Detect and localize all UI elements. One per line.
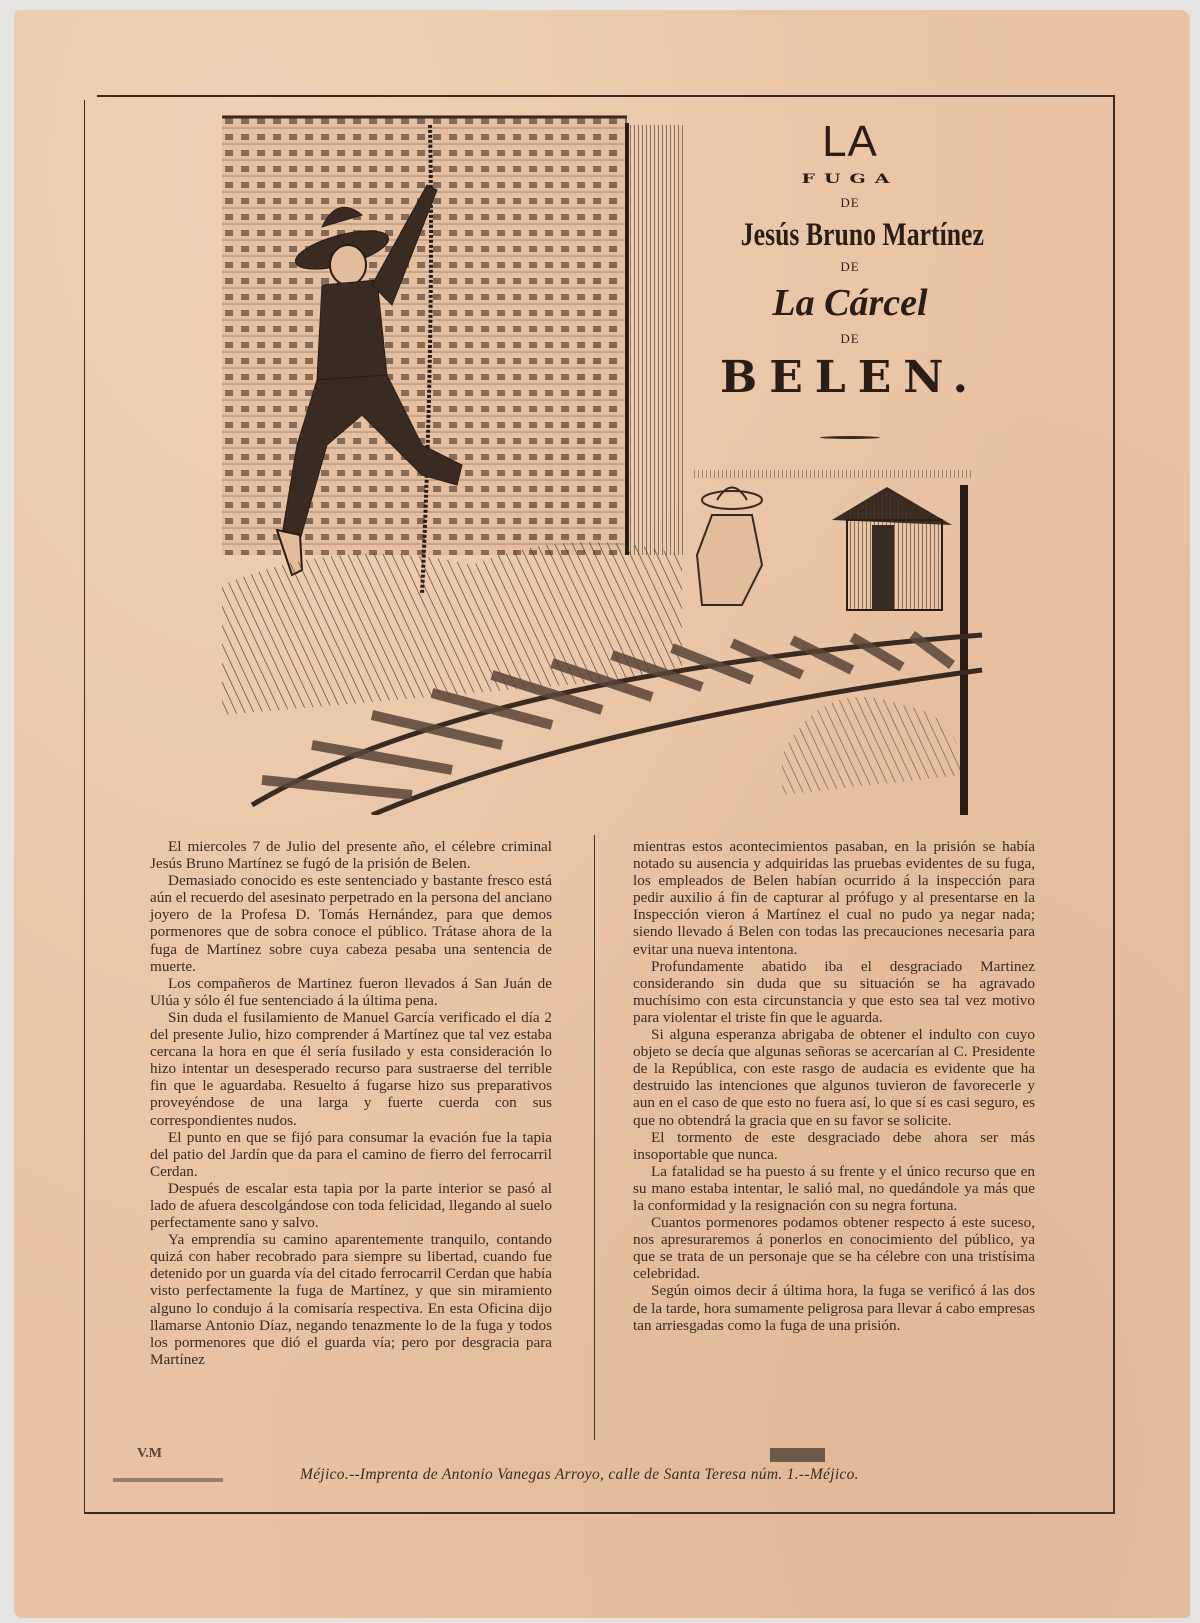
printer-imprint: Méjico.--Imprenta de Antonio Vanegas Arr… xyxy=(300,1466,859,1484)
title-de-1: DE xyxy=(710,192,990,214)
paragraph: Según oimos decir á última hora, la fuga… xyxy=(633,1282,1035,1333)
title-carcel: La Cárcel xyxy=(710,278,990,328)
title-name: Jesús Bruno Martínez xyxy=(741,214,959,256)
paragraph: Después de escalar esta tapia por la par… xyxy=(150,1180,552,1231)
column-divider xyxy=(594,835,595,1440)
guard-figure xyxy=(697,488,762,606)
border-rule-bottom xyxy=(84,1512,1115,1514)
paragraph: El tormento de este desgraciado debe aho… xyxy=(633,1129,1035,1163)
title-fuga: FUGA xyxy=(710,170,990,188)
paragraph: Demasiado conocido es este sentenciado y… xyxy=(150,872,552,975)
paragraph: mientras estos acontecimientos pasaban, … xyxy=(633,838,1035,958)
border-rule-left xyxy=(84,100,85,1514)
paragraph: Ya emprendía su camino aparentemente tra… xyxy=(150,1231,552,1368)
title-de-3: DE xyxy=(710,328,990,350)
title-belen: BELEN. xyxy=(710,350,990,406)
ornamental-rule xyxy=(820,436,880,439)
title-la: LA xyxy=(710,118,990,166)
text-column-right: mientras estos acontecimientos pasaban, … xyxy=(633,838,1035,1334)
title-de-2: DE xyxy=(710,256,990,278)
sentry-hut xyxy=(832,487,952,610)
border-rule-top xyxy=(97,95,1115,97)
ink-smudge xyxy=(770,1448,825,1462)
paragraph: Cuantos pormenores podamos obtener respe… xyxy=(633,1214,1035,1282)
paragraph: Profundamente abatido iba el desgraciado… xyxy=(633,958,1035,1026)
paragraph: El punto en que se fijó para consumar la… xyxy=(150,1129,552,1180)
engraver-initials: V.M xyxy=(137,1446,162,1462)
paragraph: La fatalidad se ha puesto á su frente y … xyxy=(633,1163,1035,1214)
text-column-left: El miercoles 7 de Julio del presente año… xyxy=(150,838,552,1368)
paragraph: Sin duda el fusilamiento de Manuel Garcí… xyxy=(150,1009,552,1129)
broadside-title: LA FUGA DE Jesús Bruno Martínez DE La Cá… xyxy=(710,118,990,439)
paragraph: Si alguna esperanza abrigaba de obtener … xyxy=(633,1026,1035,1129)
border-rule-right xyxy=(1113,95,1115,1514)
ink-smudge xyxy=(113,1478,223,1482)
paragraph: Los compañeros de Martinez fueron llevad… xyxy=(150,975,552,1009)
paragraph: El miercoles 7 de Julio del presente año… xyxy=(150,838,552,872)
